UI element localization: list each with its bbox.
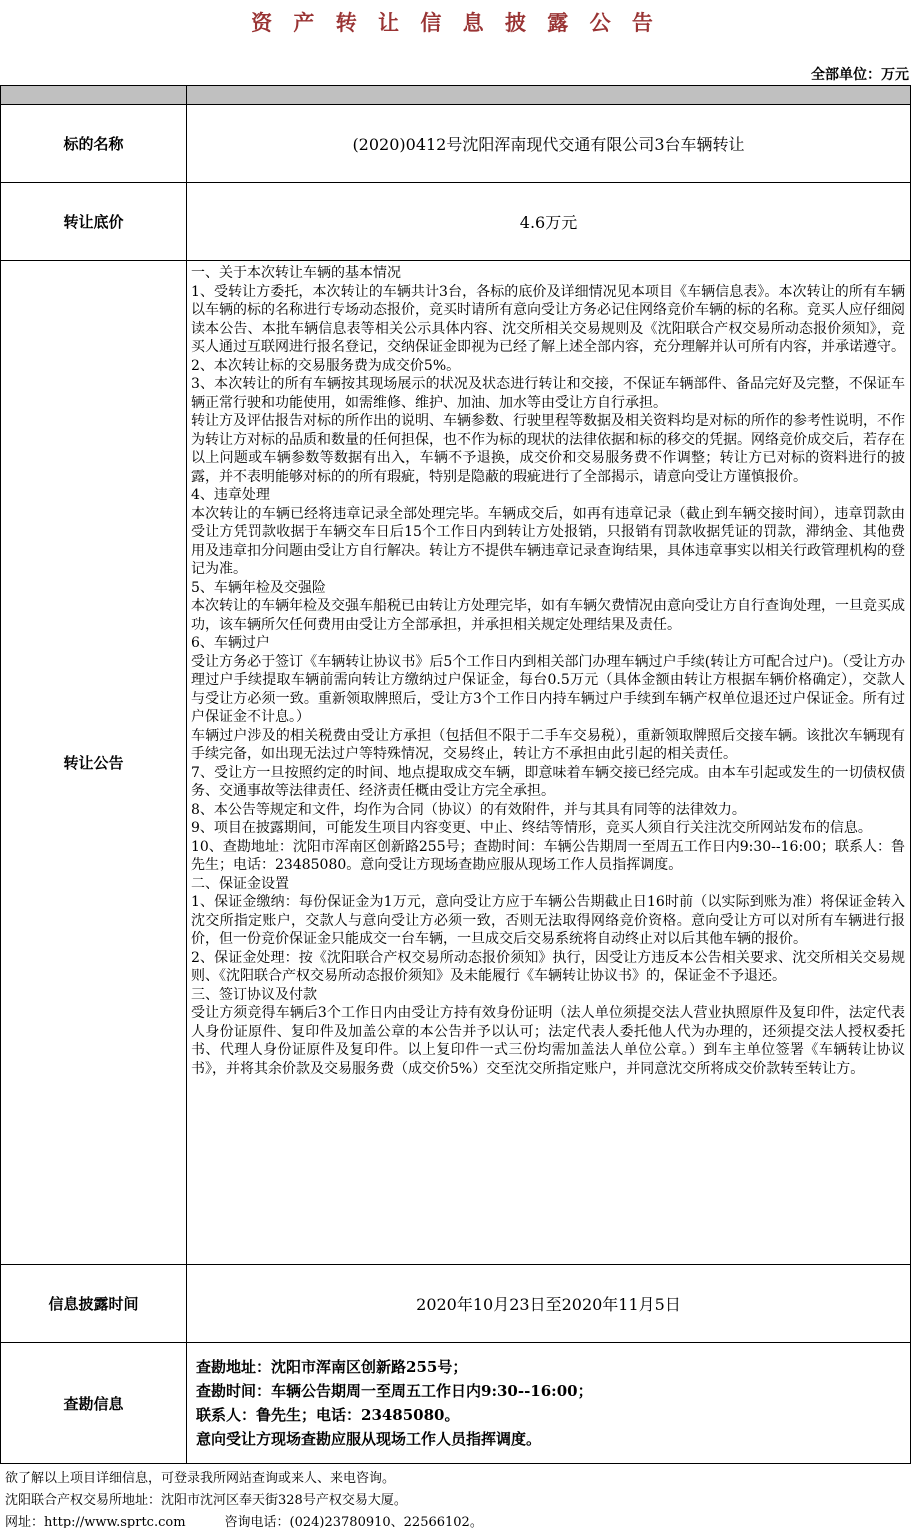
announcement-label: 转让公告 xyxy=(1,261,187,1265)
page-title: 资 产 转 让 信 息 披 露 公 告 xyxy=(0,0,911,37)
announcement-paragraph: 4、违章处理 xyxy=(191,486,905,505)
survey-label: 查勘信息 xyxy=(1,1343,187,1464)
footer-line: 网址：http://www.sprtc.com 咨询电话：(024)237809… xyxy=(5,1512,906,1528)
header-cell-left xyxy=(1,86,187,105)
survey-line: 查勘地址：沈阳市浑南区创新路255号； xyxy=(196,1355,902,1379)
announcement-paragraph: 2、本次转让标的交易服务费为成交价5%。 xyxy=(191,357,905,376)
announcement-paragraph: 受让方务必于签订《车辆转让协议书》后5个工作日内到相关部门办理车辆过户手续(转让… xyxy=(191,653,905,727)
price-row: 转让底价 4.6万元 xyxy=(1,183,911,261)
survey-line: 意向受让方现场查勘应服从现场工作人员指挥调度。 xyxy=(196,1427,902,1451)
announcement-cell: 一、关于本次转让车辆的基本情况1、受转让方委托，本次转让的车辆共计3台，各标的底… xyxy=(187,261,911,1265)
announcement-paragraph: 二、保证金设置 xyxy=(191,875,905,894)
unit-note: 全部单位：万元 xyxy=(811,64,909,84)
announcement-text: 一、关于本次转让车辆的基本情况1、受转让方委托，本次转让的车辆共计3台，各标的底… xyxy=(187,261,910,1261)
subject-label: 标的名称 xyxy=(1,105,187,183)
announcement-paragraph: 2、保证金处理：按《沈阳联合产权交易所动态报价须知》执行，因受让方违反本公告相关… xyxy=(191,949,905,986)
footer-line: 欲了解以上项目详细信息，可登录我所网站查询或来人、来电咨询。 xyxy=(5,1468,906,1490)
announcement-paragraph: 1、受转让方委托，本次转让的车辆共计3台，各标的底价及详细情况见本项目《车辆信息… xyxy=(191,283,905,357)
price-label: 转让底价 xyxy=(1,183,187,261)
announcement-paragraph: 10、查勘地址：沈阳市浑南区创新路255号；查勘时间：车辆公告期周一至周五工作日… xyxy=(191,838,905,875)
announcement-paragraph: 9、项目在披露期间，可能发生项目内容变更、中止、终结等情形，竞买人须自行关注沈交… xyxy=(191,819,905,838)
price-value: 4.6万元 xyxy=(187,183,911,261)
announcement-paragraph: 三、签订协议及付款 xyxy=(191,986,905,1005)
announcement-paragraph: 本次转让的车辆年检及交强车船税已由转让方处理完毕，如有车辆欠费情况由意向受让方自… xyxy=(191,597,905,634)
footer-line: 沈阳联合产权交易所地址：沈阳市沈河区奉天街328号产权交易大厦。 xyxy=(5,1490,906,1512)
announcement-paragraph: 受让方须竞得车辆后3个工作日内由受让方持有效身份证明（法人单位须提交法人营业执照… xyxy=(191,1004,905,1078)
announcement-paragraph: 3、本次转让的所有车辆按其现场展示的状况及状态进行转让和交接，不保证车辆部件、备… xyxy=(191,375,905,412)
announcement-row: 转让公告 一、关于本次转让车辆的基本情况1、受转让方委托，本次转让的车辆共计3台… xyxy=(1,261,911,1265)
subject-row: 标的名称 (2020)0412号沈阳浑南现代交通有限公司3台车辆转让 xyxy=(1,105,911,183)
disclosure-row: 信息披露时间 2020年10月23日至2020年11月5日 xyxy=(1,1265,911,1343)
survey-info: 查勘地址：沈阳市浑南区创新路255号；查勘时间：车辆公告期周一至周五工作日内9:… xyxy=(187,1349,910,1457)
announcement-paragraph: 转让方及评估报告对标的所作出的说明、车辆参数、行驶里程等数据及相关资料均是对标的… xyxy=(191,412,905,486)
announcement-paragraph: 6、车辆过户 xyxy=(191,634,905,653)
disclosure-label: 信息披露时间 xyxy=(1,1265,187,1343)
announcement-paragraph: 车辆过户涉及的相关税费由受让方承担（包括但不限于二手车交易税），重新领取牌照后交… xyxy=(191,727,905,764)
document-page: 资 产 转 让 信 息 披 露 公 告 全部单位：万元 标的名称 (2020)0… xyxy=(0,0,911,1528)
table-header-row xyxy=(1,86,911,105)
announcement-table: 标的名称 (2020)0412号沈阳浑南现代交通有限公司3台车辆转让 转让底价 … xyxy=(0,85,911,1464)
survey-line: 查勘时间：车辆公告期周一至周五工作日内9:30--16:00； xyxy=(196,1379,902,1403)
disclosure-value: 2020年10月23日至2020年11月5日 xyxy=(187,1265,911,1343)
announcement-paragraph: 8、本公告等规定和文件，均作为合同（协议）的有效附件，并与其具有同等的法律效力。 xyxy=(191,801,905,820)
survey-row: 查勘信息 查勘地址：沈阳市浑南区创新路255号；查勘时间：车辆公告期周一至周五工… xyxy=(1,1343,911,1464)
announcement-paragraph: 本次转让的车辆已经将违章记录全部处理完毕。车辆成交后，如再有违章记录（截止到车辆… xyxy=(191,505,905,579)
announcement-paragraph: 一、关于本次转让车辆的基本情况 xyxy=(191,264,905,283)
survey-line: 联系人：鲁先生；电话：23485080。 xyxy=(196,1403,902,1427)
survey-cell: 查勘地址：沈阳市浑南区创新路255号；查勘时间：车辆公告期周一至周五工作日内9:… xyxy=(187,1343,911,1464)
announcement-paragraph: 5、车辆年检及交强险 xyxy=(191,579,905,598)
announcement-paragraph: 7、受让方一旦按照约定的时间、地点提取成交车辆，即意味着车辆交接已经完成。由本车… xyxy=(191,764,905,801)
header-cell-right xyxy=(187,86,911,105)
announcement-paragraph: 1、保证金缴纳：每份保证金为1万元，意向受让方应于车辆公告期截止日16时前（以实… xyxy=(191,893,905,949)
subject-value: (2020)0412号沈阳浑南现代交通有限公司3台车辆转让 xyxy=(187,105,911,183)
footer-notes: 欲了解以上项目详细信息，可登录我所网站查询或来人、来电咨询。沈阳联合产权交易所地… xyxy=(5,1468,906,1528)
